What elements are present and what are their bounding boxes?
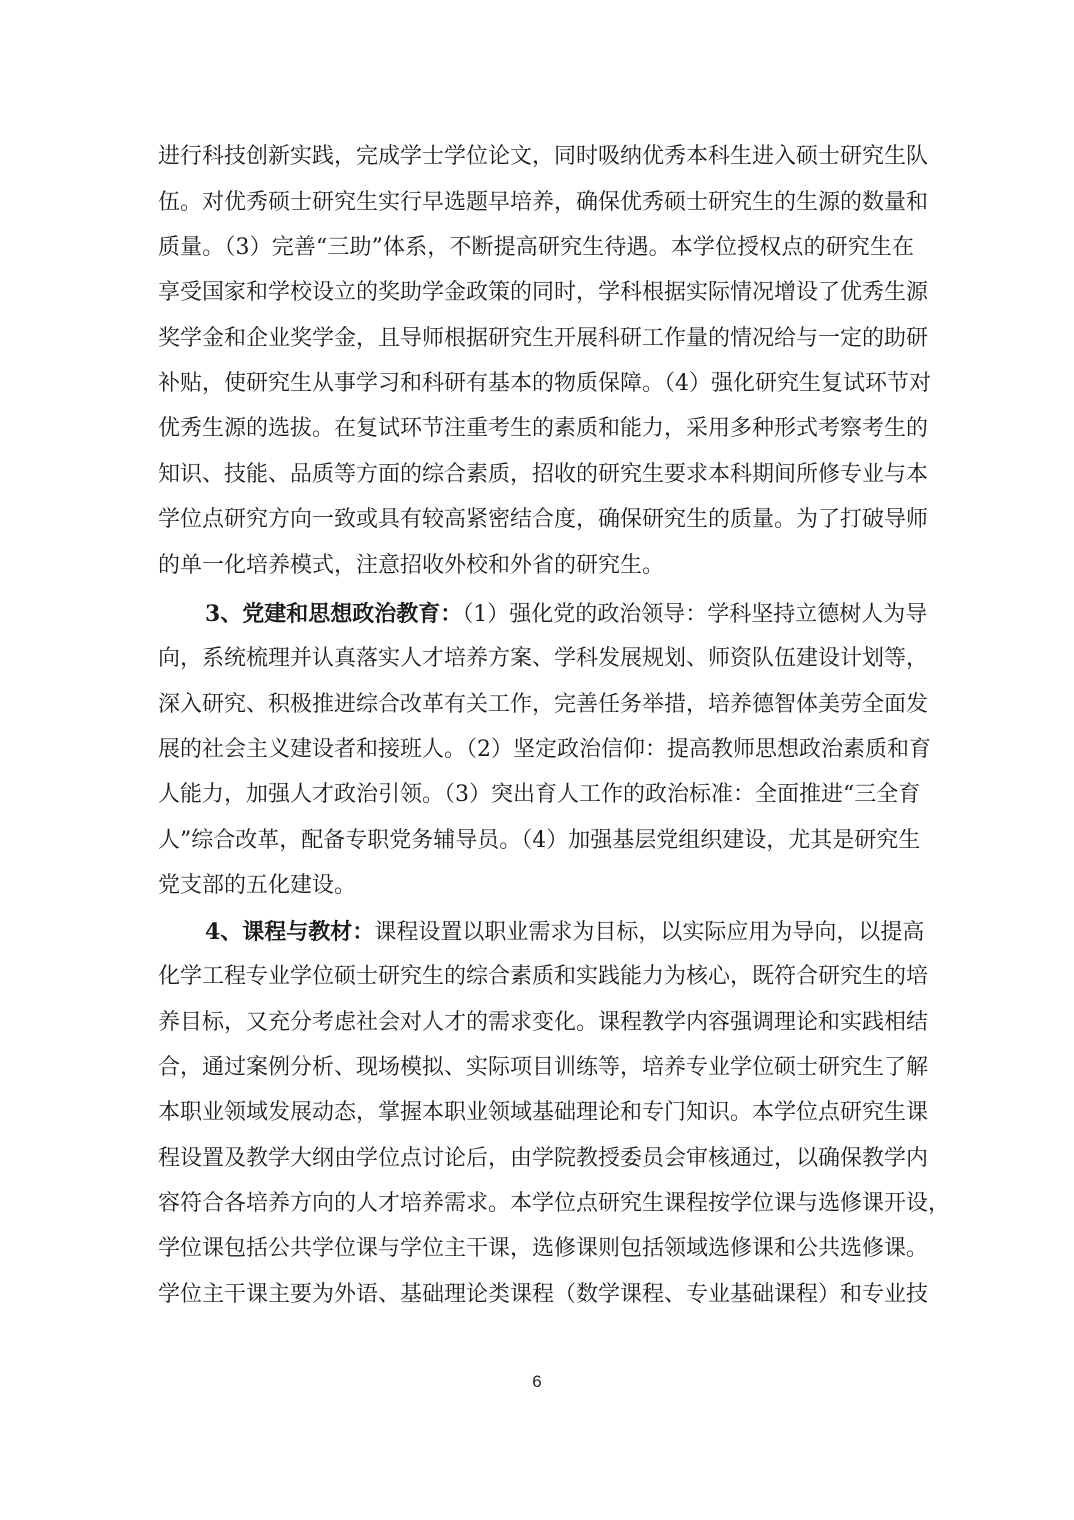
text-line: 本职业领域发展动态，掌握本职业领域基础理论和专门知识。本学位点研究生课 xyxy=(158,1098,914,1128)
text-line: 享受国家和学校设立的奖助学金政策的同时，学科根据实际情况增设了优秀生源 xyxy=(158,278,914,308)
text-line: 养目标，又充分考虑社会对人才的需求变化。课程教学内容强调理论和实践相结 xyxy=(158,1008,914,1038)
text-line: 学位课包括公共学位课与学位主干课，选修课则包括领域选修课和公共选修课。 xyxy=(158,1234,914,1264)
text-line: 人”综合改革，配备专职党务辅导员。（4）加强基层党组织建设，尤其是研究生 xyxy=(158,826,914,856)
text-line: 学位主干课主要为外语、基础理论类课程（数学课程、专业基础课程）和专业技 xyxy=(158,1280,914,1310)
page-number: 6 xyxy=(527,1372,547,1392)
text-line: 4、课程与教材：课程设置以职业需求为目标，以实际应用为导向，以提高 xyxy=(205,917,914,947)
text-line: 党支部的五化建设。 xyxy=(158,871,914,901)
text-line: 程设置及教学大纲由学位点讨论后，由学院教授委员会审核通过，以确保教学内 xyxy=(158,1144,914,1174)
document-page: 进行科技创新实践，完成学士学位论文，同时吸纳优秀本科生进入硕士研究生队 伍。对优… xyxy=(0,0,1074,1520)
text-line: 伍。对优秀硕士研究生实行早选题早培养，确保优秀硕士研究生的生源的数量和 xyxy=(158,188,914,218)
text-line: 展的社会主义建设者和接班人。（2）坚定政治信仰：提高教师思想政治素质和育 xyxy=(158,735,914,765)
text-line: 向，系统梳理并认真落实人才培养方案、学科发展规划、师资队伍建设计划等， xyxy=(158,644,914,674)
text-line: 质量。（3）完善“三助”体系，不断提高研究生待遇。本学位授权点的研究生在 xyxy=(158,233,914,263)
text-line: 人能力，加强人才政治引领。（3）突出育人工作的政治标准：全面推进“三全育 xyxy=(158,780,914,810)
text-run: 课程设置以职业需求为目标，以实际应用为导向，以提高 xyxy=(374,920,924,945)
text-line: 学位点研究方向一致或具有较高紧密结合度，确保研究生的质量。为了打破导师 xyxy=(158,505,914,535)
text-line: 合，通过案例分析、现场模拟、实际项目训练等，培养专业学位硕士研究生了解 xyxy=(158,1053,914,1083)
section-heading-party-building: 3、党建和思想政治教育： xyxy=(205,601,462,627)
text-line: 知识、技能、品质等方面的综合素质，招收的研究生要求本科期间所修专业与本 xyxy=(158,460,914,490)
text-line: 容符合各培养方向的人才培养需求。本学位点研究生课程按学位课与选修课开设， xyxy=(158,1189,914,1219)
section-heading-curriculum: 4、课程与教材： xyxy=(205,919,374,945)
text-line: 的单一化培养模式，注意招收外校和外省的研究生。 xyxy=(158,551,914,581)
text-line: 奖学金和企业奖学金，且导师根据研究生开展科研工作量的情况给与一定的助研 xyxy=(158,324,914,354)
text-line: 进行科技创新实践，完成学士学位论文，同时吸纳优秀本科生进入硕士研究生队 xyxy=(158,142,914,172)
text-line: 优秀生源的选拔。在复试环节注重考生的素质和能力，采用多种形式考察考生的 xyxy=(158,414,914,444)
text-line: 深入研究、积极推进综合改革有关工作，完善任务举措，培养德智体美劳全面发 xyxy=(158,690,914,720)
text-line: 化学工程专业学位硕士研究生的综合素质和实践能力为核心，既符合研究生的培 xyxy=(158,962,914,992)
text-run: （1）强化党的政治领导：学科坚持立德树人为导 xyxy=(462,602,927,627)
text-line: 3、党建和思想政治教育：（1）强化党的政治领导：学科坚持立德树人为导 xyxy=(205,599,914,629)
text-line: 补贴，使研究生从事学习和科研有基本的物质保障。（4）强化研究生复试环节对 xyxy=(158,369,914,399)
